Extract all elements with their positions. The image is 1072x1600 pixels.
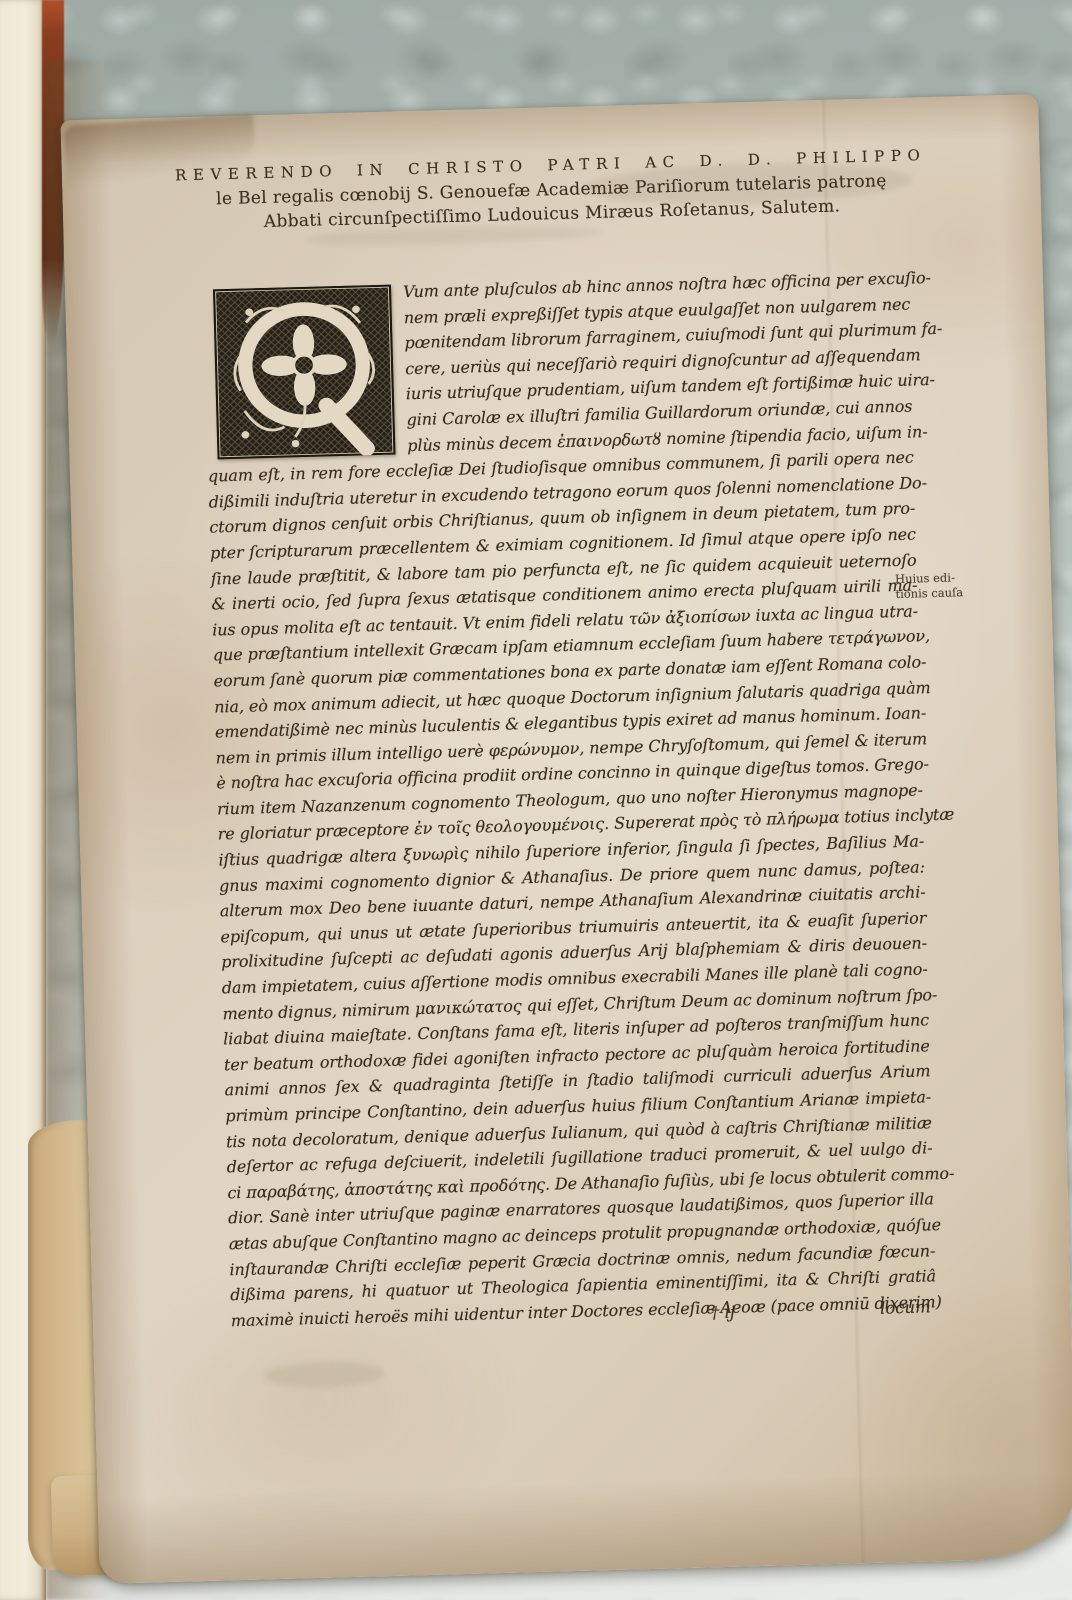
- book-photo: REVERENDO IN CHRISTO PATRI AC D. D. PHIL…: [0, 0, 1072, 1600]
- dedication-header: REVERENDO IN CHRISTO PATRI AC D. D. PHIL…: [60, 94, 1041, 239]
- woodcut-initial-Q: [213, 285, 396, 460]
- catchword: locum: [880, 1297, 931, 1317]
- page: REVERENDO IN CHRISTO PATRI AC D. D. PHIL…: [60, 94, 1072, 1584]
- body-text: Vum ante pluſculos ab hinc annos noſtra …: [203, 266, 937, 1334]
- margin-note-line-2: tionis cauſa: [895, 585, 987, 602]
- show-through-smudge: [264, 1360, 385, 1389]
- margin-note: Huius edi- tionis cauſa: [895, 570, 988, 602]
- signature-mark: † ij: [711, 1303, 735, 1323]
